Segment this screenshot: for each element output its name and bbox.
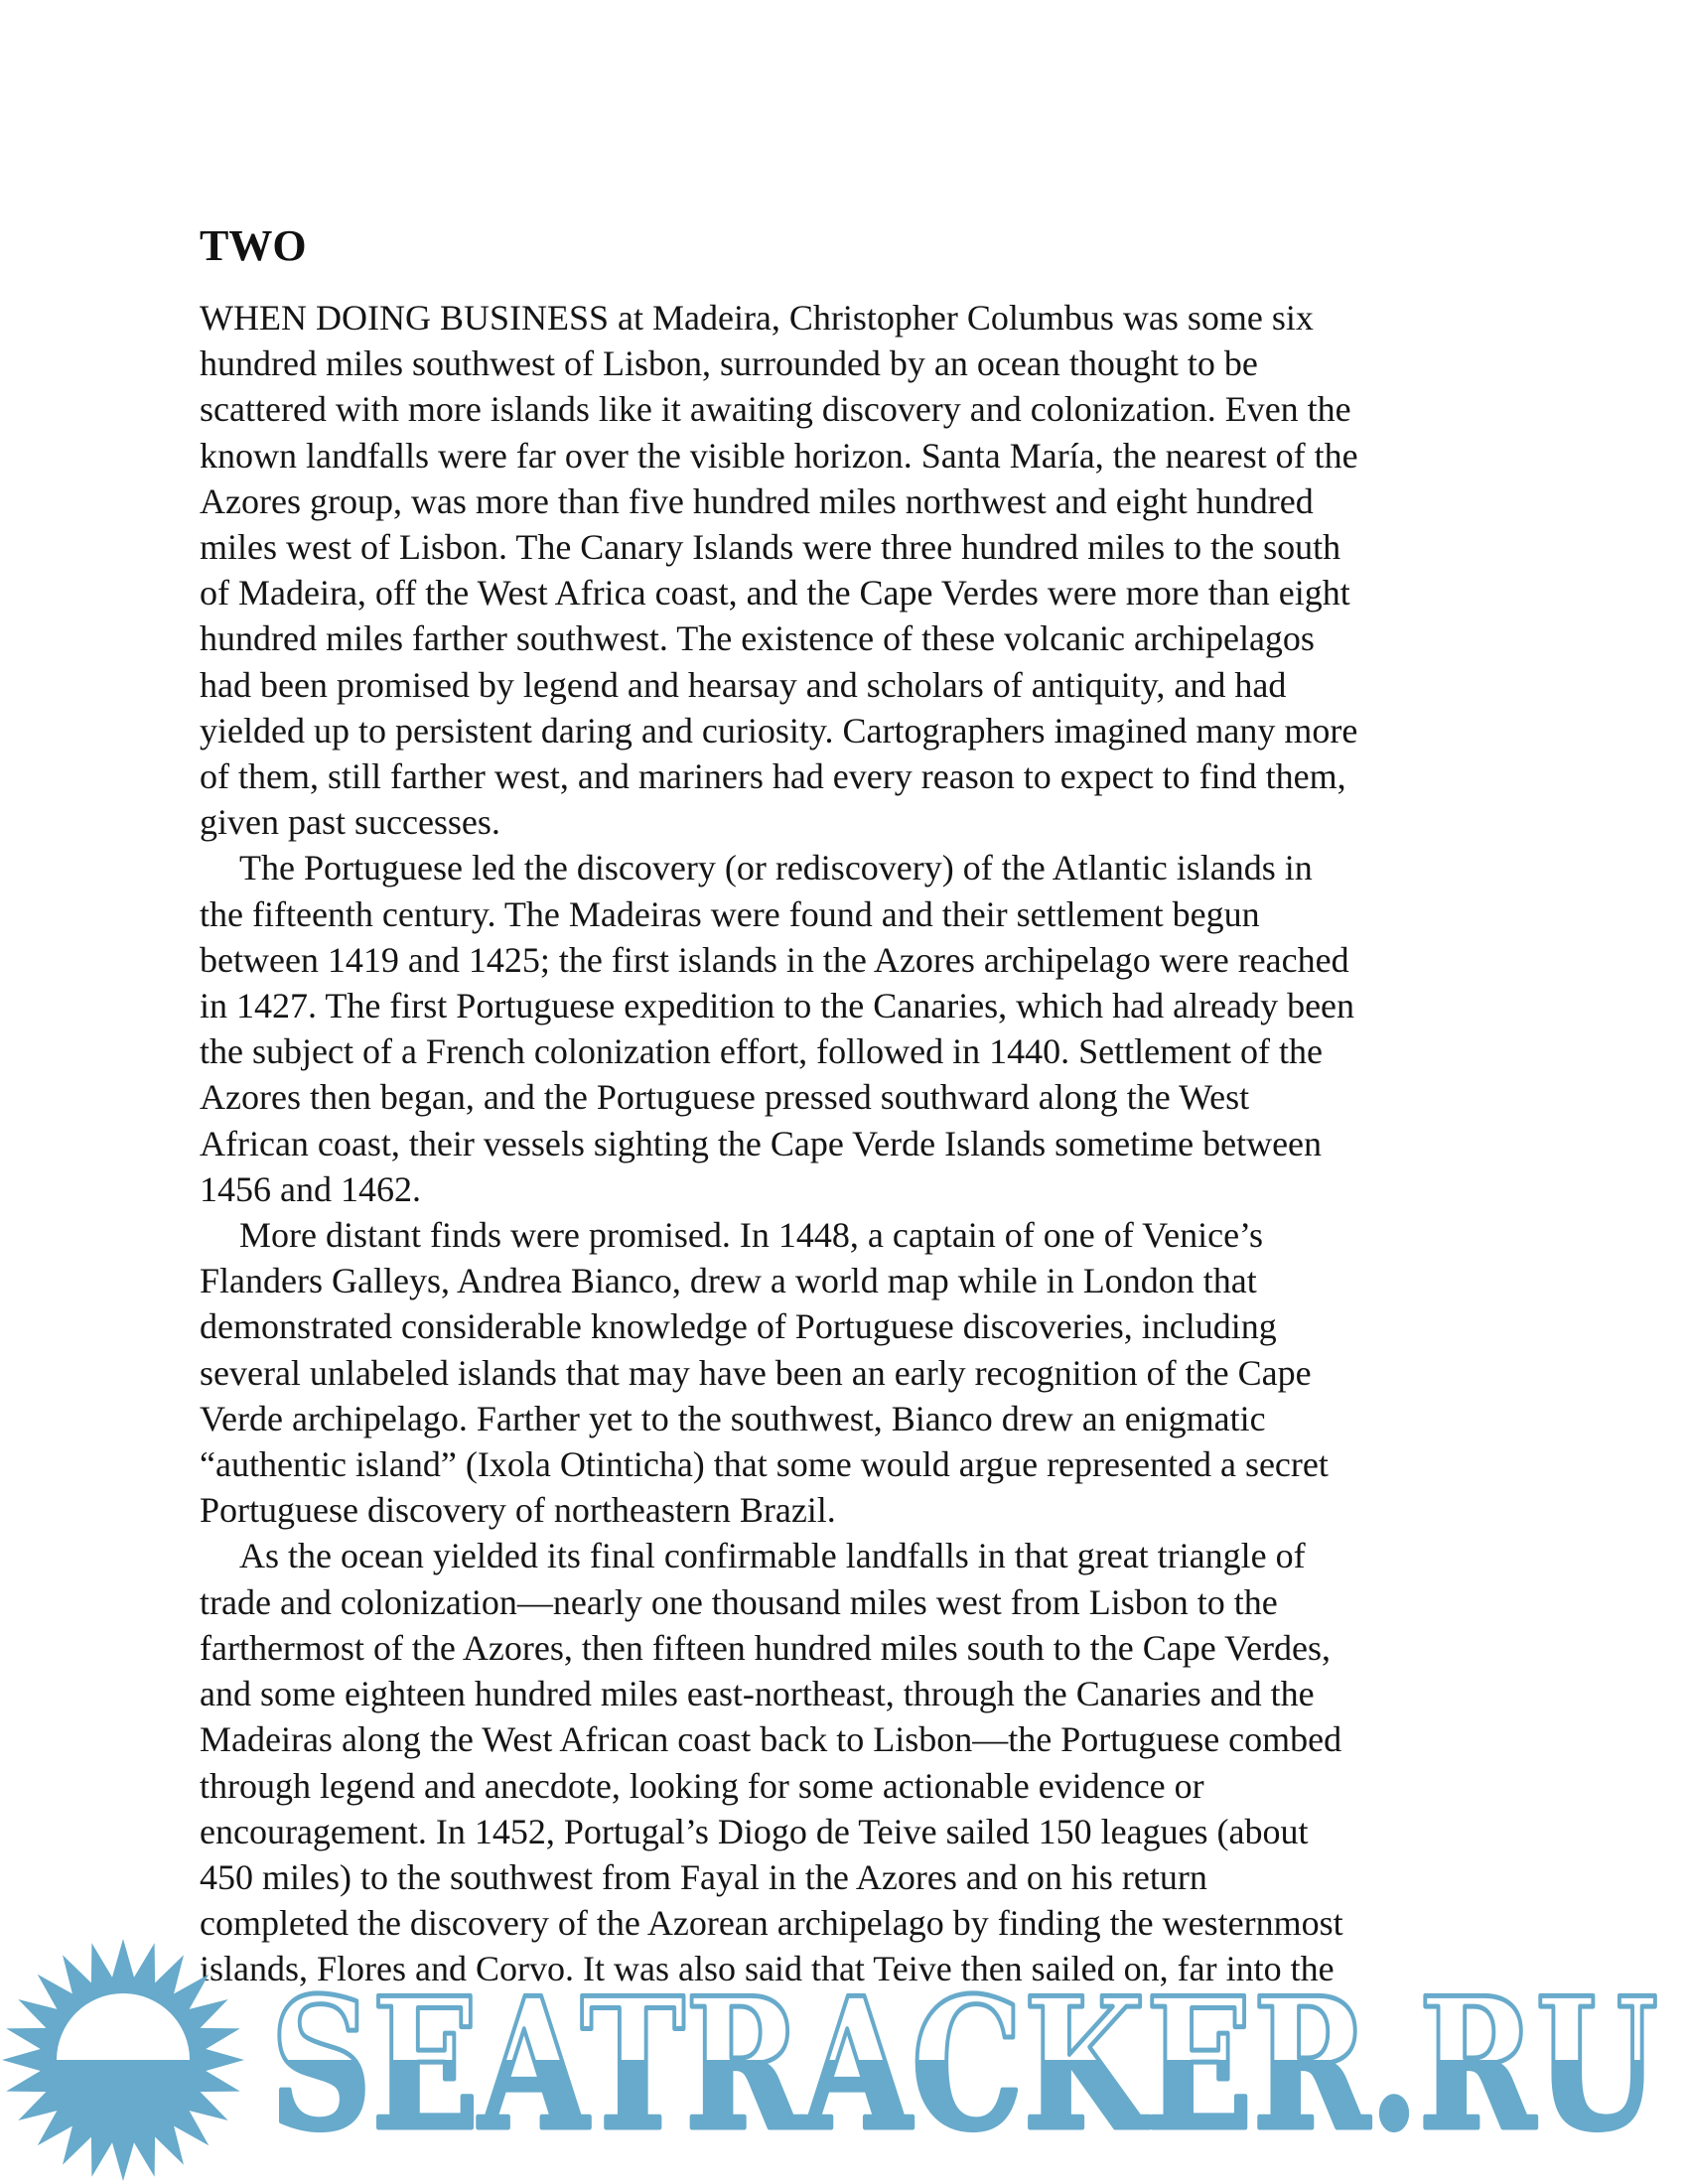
chapter-title: TWO — [200, 224, 307, 268]
text-line: “authentic island” (Ixola Otinticha) tha… — [200, 1441, 1530, 1487]
document-page: TWO WHEN DOING BUSINESS at Madeira, Chri… — [0, 0, 1688, 2184]
text-line: given past successes. — [200, 799, 1530, 845]
text-line: Azores then began, and the Portuguese pr… — [200, 1074, 1530, 1120]
sun-icon — [2, 1939, 244, 2181]
text-line: scattered with more islands like it awai… — [200, 386, 1530, 432]
text-line: through legend and anecdote, looking for… — [200, 1763, 1530, 1809]
text-line: several unlabeled islands that may have … — [200, 1350, 1530, 1396]
text-line: Azores group, was more than five hundred… — [200, 478, 1530, 524]
text-line: Flanders Galleys, Andrea Bianco, drew a … — [200, 1258, 1530, 1303]
text-line: African coast, their vessels sighting th… — [200, 1121, 1530, 1166]
text-line: between 1419 and 1425; the first islands… — [200, 937, 1530, 983]
text-line: miles west of Lisbon. The Canary Islands… — [200, 524, 1530, 570]
text-line: Verde archipelago. Farther yet to the so… — [200, 1396, 1530, 1441]
text-line: As the ocean yielded its final confirmab… — [200, 1533, 1530, 1578]
text-line: of Madeira, off the West Africa coast, a… — [200, 570, 1530, 615]
text-line: farthermost of the Azores, then fifteen … — [200, 1625, 1530, 1671]
text-line: The Portuguese led the discovery (or red… — [200, 845, 1530, 890]
text-line: hundred miles farther southwest. The exi… — [200, 615, 1530, 661]
text-line: of them, still farther west, and mariner… — [200, 753, 1530, 799]
text-line: yielded up to persistent daring and curi… — [200, 708, 1530, 753]
text-line: 1456 and 1462. — [200, 1166, 1530, 1212]
paragraph-1: WHEN DOING BUSINESS at Madeira, Christop… — [200, 295, 1530, 845]
text-line: Madeiras along the West African coast ba… — [200, 1716, 1530, 1762]
text-line: known landfalls were far over the visibl… — [200, 433, 1530, 478]
text-line: 450 miles) to the southwest from Fayal i… — [200, 1854, 1530, 1900]
body-text: WHEN DOING BUSINESS at Madeira, Christop… — [200, 295, 1530, 1992]
paragraph-3: More distant finds were promised. In 144… — [200, 1212, 1530, 1533]
text-line: trade and colonization—nearly one thousa… — [200, 1579, 1530, 1625]
paragraph-4: As the ocean yielded its final confirmab… — [200, 1533, 1530, 1991]
text-line: had been promised by legend and hearsay … — [200, 662, 1530, 708]
text-line: More distant finds were promised. In 144… — [200, 1212, 1530, 1258]
text-line: the subject of a French colonization eff… — [200, 1028, 1530, 1074]
watermark: SEATRACKER.RU SEATRACKER.RU — [0, 1926, 1688, 2184]
text-line: the fifteenth century. The Madeiras were… — [200, 891, 1530, 937]
text-line: and some eighteen hundred miles east-nor… — [200, 1671, 1530, 1716]
text-line: hundred miles southwest of Lisbon, surro… — [200, 341, 1530, 386]
paragraph-2: The Portuguese led the discovery (or red… — [200, 845, 1530, 1212]
text-line: demonstrated considerable knowledge of P… — [200, 1303, 1530, 1349]
text-line: Portuguese discovery of northeastern Bra… — [200, 1487, 1530, 1533]
text-line: WHEN DOING BUSINESS at Madeira, Christop… — [200, 295, 1530, 341]
text-line: encouragement. In 1452, Portugal’s Diogo… — [200, 1809, 1530, 1854]
watermark-text: SEATRACKER.RU SEATRACKER.RU — [270, 1958, 1658, 2170]
text-line: in 1427. The first Portuguese expedition… — [200, 983, 1530, 1028]
